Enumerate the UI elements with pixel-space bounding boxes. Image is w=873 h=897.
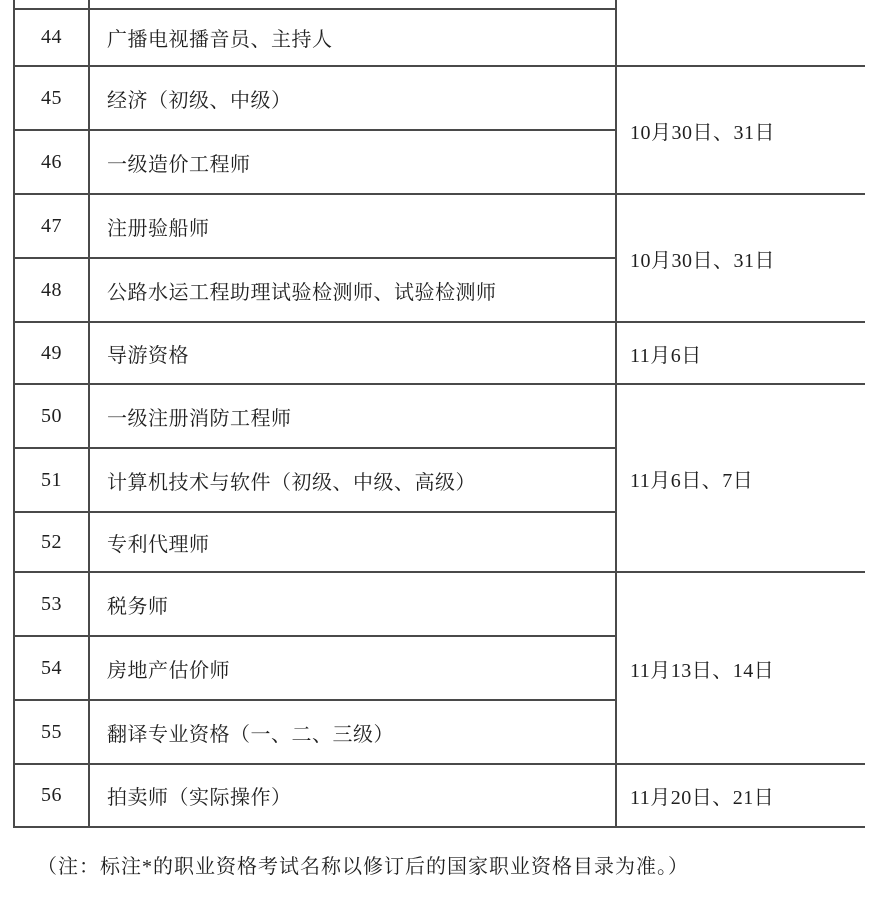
seq-cell: 51 (14, 448, 89, 512)
seq-cell: 46 (14, 130, 89, 194)
table-row-cutoff (14, 0, 865, 9)
name-cell: 房地产估价师 (89, 636, 616, 700)
table-row: 49 导游资格 11月6日 (14, 322, 865, 384)
name-cell: 注册验船师 (89, 194, 616, 258)
table-row: 50 一级注册消防工程师 11月6日、7日 (14, 384, 865, 448)
table-row: 45 经济（初级、中级） 10月30日、31日 (14, 66, 865, 130)
name-cell: 一级注册消防工程师 (89, 384, 616, 448)
name-cell: 税务师 (89, 572, 616, 636)
name-cell: 公路水运工程助理试验检测师、试验检测师 (89, 258, 616, 322)
name-cell: 广播电视播音员、主持人 (89, 9, 616, 66)
exam-schedule-grid: 44 广播电视播音员、主持人 45 经济（初级、中级） 10月30日、31日 4… (13, 0, 865, 828)
name-cell: 翻译专业资格（一、二、三级） (89, 700, 616, 764)
seq-cell: 49 (14, 322, 89, 384)
name-cell: 拍卖师（实际操作） (89, 764, 616, 827)
date-cell: 10月30日、31日 (616, 194, 865, 322)
footnote: （注：标注*的职业资格考试名称以修订后的国家职业资格目录为准。） (37, 850, 689, 879)
date-cell: 11月6日、7日 (616, 384, 865, 572)
name-cell: 一级造价工程师 (89, 130, 616, 194)
seq-cell: 50 (14, 384, 89, 448)
table-row: 53 税务师 11月13日、14日 (14, 572, 865, 636)
date-cell: 11月13日、14日 (616, 572, 865, 764)
name-cell: 专利代理师 (89, 512, 616, 572)
table-row: 47 注册验船师 10月30日、31日 (14, 194, 865, 258)
seq-cell: 47 (14, 194, 89, 258)
date-cell: 10月30日、31日 (616, 66, 865, 194)
date-cell: 11月20日、21日 (616, 764, 865, 827)
seq-cell: 54 (14, 636, 89, 700)
seq-cell: 45 (14, 66, 89, 130)
seq-cell: 56 (14, 764, 89, 827)
seq-cell: 53 (14, 572, 89, 636)
seq-cell (14, 0, 89, 9)
name-cell (89, 0, 616, 9)
seq-cell: 55 (14, 700, 89, 764)
name-cell: 经济（初级、中级） (89, 66, 616, 130)
seq-cell: 52 (14, 512, 89, 572)
seq-cell: 48 (14, 258, 89, 322)
date-cell: 11月6日 (616, 322, 865, 384)
exam-schedule-table: 44 广播电视播音员、主持人 45 经济（初级、中级） 10月30日、31日 4… (13, 0, 865, 833)
seq-cell: 44 (14, 9, 89, 66)
date-cell (616, 0, 865, 66)
table-row: 56 拍卖师（实际操作） 11月20日、21日 (14, 764, 865, 827)
name-cell: 计算机技术与软件（初级、中级、高级） (89, 448, 616, 512)
document-page: 44 广播电视播音员、主持人 45 经济（初级、中级） 10月30日、31日 4… (0, 0, 873, 897)
name-cell: 导游资格 (89, 322, 616, 384)
